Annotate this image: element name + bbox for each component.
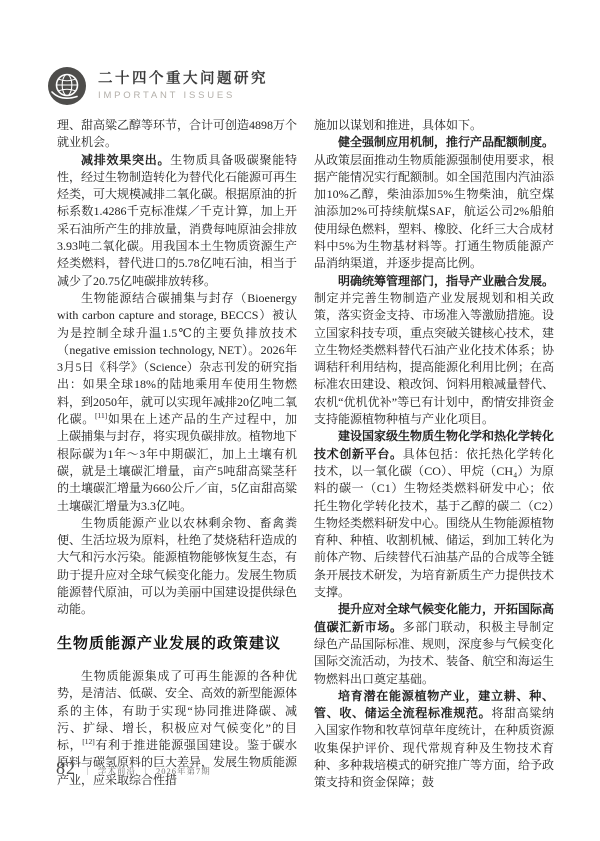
paragraph-continuation: 理、甜高粱乙醇等环节，合计可创造4898万个就业机会。	[57, 117, 297, 152]
journal-masthead: 二十四个重大问题研究 IMPORTANT ISSUES	[98, 71, 268, 101]
right-column: 施加以谋划和推进，具体如下。 健全强制应用机制，推行产品配额制度。从政策层面推动…	[314, 117, 554, 792]
globe-icon	[47, 66, 87, 106]
paragraph-lead: 明确统筹管理部门，指导产业融合发展。	[338, 274, 554, 288]
paragraph-body: 生物质具备吸碳聚能特性，经过生物制造转化为替代化石能源可再生烃类，可大规模减排二…	[57, 153, 297, 288]
article-body: 理、甜高粱乙醇等环节，合计可创造4898万个就业机会。 减排效果突出。生物质具备…	[57, 117, 554, 792]
paragraph-text: 如果在上述产品的生产过程中，加上碳捕集与封存，将实现负碳排放。植物地下根际碳为1…	[57, 412, 297, 512]
footer-separator: ｜	[141, 764, 151, 777]
masthead-title: 二十四个重大问题研究	[98, 71, 268, 87]
paragraph-text: 生物能源结合碳捕集与封存（Bioenergy with carbon captu…	[57, 291, 297, 426]
paragraph-climate: 提升应对全球气候变化能力，开拓国际高值碳汇新市场。多部门联动，积极主导制定绿色产…	[314, 601, 554, 687]
paragraph-quota: 健全强制应用机制，推行产品配额制度。从政策层面推动生物质能源强制使用要求，根据产…	[314, 134, 554, 272]
section-heading: 生物质能源产业发展的政策建议	[57, 636, 297, 653]
left-column: 理、甜高粱乙醇等环节，合计可创造4898万个就业机会。 减排效果突出。生物质具备…	[57, 117, 297, 792]
footer-separator: ｜	[83, 764, 93, 777]
footer-journal-name: 学术前沿	[98, 765, 136, 777]
paragraph-beccs: 生物能源结合碳捕集与封存（Bioenergy with carbon captu…	[57, 290, 297, 515]
footer-issue: 2026年第7期	[156, 765, 211, 777]
paragraph-body: 制定并完善生物制造产业发展规划和相关政策，落实资金支持、市场准入等激励措施。设立…	[314, 291, 554, 426]
paragraph-continuation: 施加以谋划和推进，具体如下。	[314, 117, 554, 134]
paragraph-plants: 培育潜在能源植物产业，建立耕、种、管、收、储运全流程标准规范。将甜高粱纳入国家作…	[314, 688, 554, 792]
citation-marker: [12]	[82, 737, 95, 746]
paragraph-lead: 健全强制应用机制，推行产品配额制度。	[338, 135, 554, 149]
page-number: 82	[56, 758, 76, 779]
journal-page: 二十四个重大问题研究 IMPORTANT ISSUES 理、甜高粱乙醇等环节，合…	[0, 0, 600, 841]
paragraph-industry: 生物质能源产业以农林剩余物、畜禽粪便、生活垃圾为原料，杜绝了焚烧秸秆造成的大气和…	[57, 515, 297, 619]
paragraph-platform: 建设国家级生物质生物化学和热化学转化技术创新平台。具体包括：依托热化学转化技术，…	[314, 428, 554, 601]
page-header: 二十四个重大问题研究 IMPORTANT ISSUES	[47, 66, 268, 106]
citation-marker: [11]	[95, 411, 107, 420]
paragraph-body: 从政策层面推动生物质能源强制使用要求，根据产能情况实行配额制。如全国范围内汽油添…	[314, 153, 554, 271]
masthead-subtitle: IMPORTANT ISSUES	[98, 90, 268, 101]
paragraph-body: 具体包括：依托热化学转化技术，以一氧化碳（CO）、甲烷（CH₄）为原料的碳一（C…	[314, 447, 554, 599]
footer-meta: ｜ 学术前沿 ｜ 2026年第7期	[83, 764, 211, 777]
paragraph-lead: 减排效果突出。	[81, 153, 170, 167]
paragraph-emission: 减排效果突出。生物质具备吸碳聚能特性，经过生物制造转化为替代化石能源可再生烃类，…	[57, 152, 297, 290]
paragraph-admin: 明确统筹管理部门，指导产业融合发展。制定并完善生物制造产业发展规划和相关政策，落…	[314, 273, 554, 429]
page-footer: 82 ｜ 学术前沿 ｜ 2026年第7期	[56, 758, 211, 779]
